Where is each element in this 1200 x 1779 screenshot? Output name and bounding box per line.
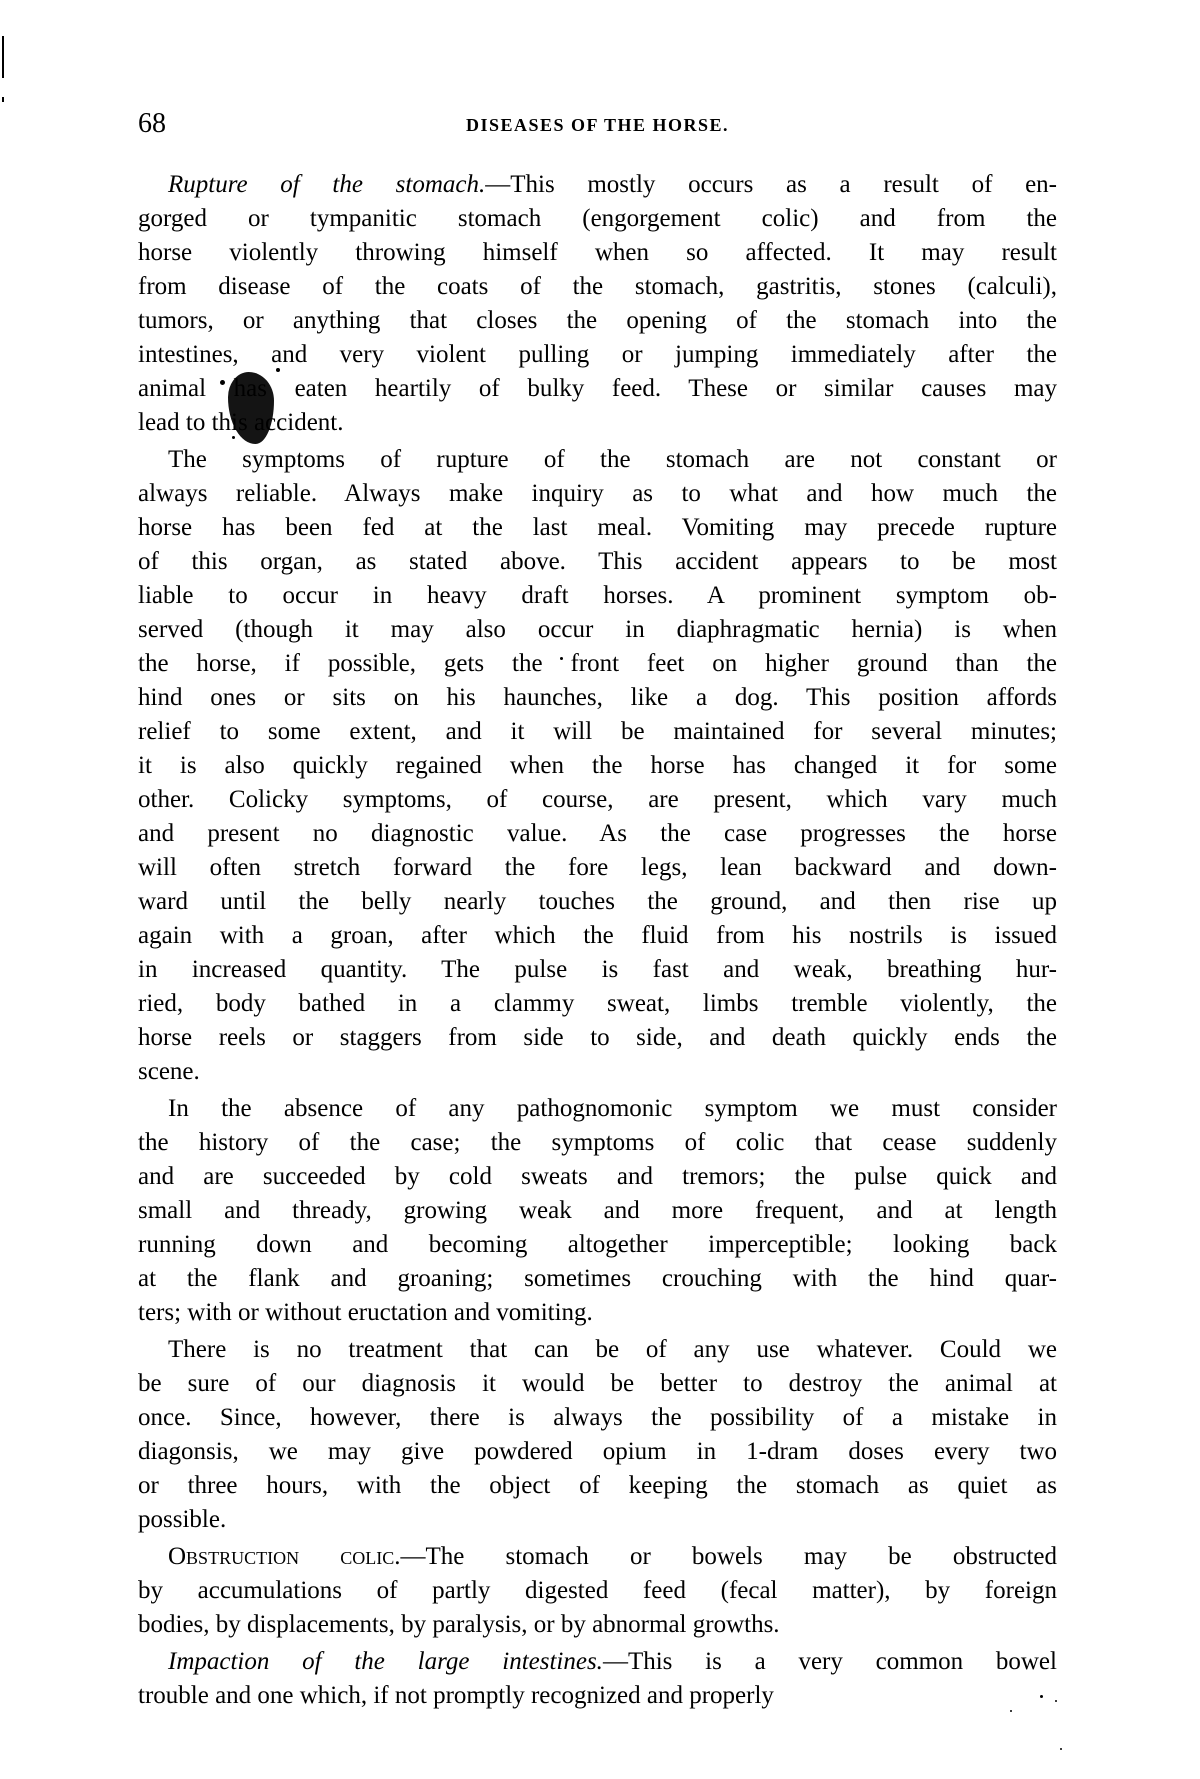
text-line: possible. — [138, 1503, 1057, 1537]
line-text: tumors, or anything that closes the open… — [138, 307, 1057, 334]
running-head: DISEASES OF THE HORSE. — [138, 113, 1057, 137]
text-line: the horse, if possible, gets the front f… — [138, 647, 1057, 681]
text-line: horse has been fed at the last meal. Vom… — [138, 511, 1057, 545]
text-line: be sure of our diagnosis it would be bet… — [138, 1367, 1057, 1401]
line-text: —The stomach or bowels may be obstructed — [400, 1543, 1057, 1570]
line-text: ward until the belly nearly touches the … — [138, 888, 1057, 915]
line-text: hind ones or sits on his haunches, like … — [138, 684, 1057, 711]
text-line: lead to this accident. — [138, 406, 1057, 440]
line-text: bodies, by displacements, by paralysis, … — [138, 1611, 780, 1638]
text-line: of this organ, as stated above. This acc… — [138, 545, 1057, 579]
text-line: small and thready, growing weak and more… — [138, 1194, 1057, 1228]
paragraph: Rupture of the stomach.—This mostly occu… — [138, 168, 1057, 440]
text-line: ward until the belly nearly touches the … — [138, 885, 1057, 919]
line-text: once. Since, however, there is always th… — [138, 1404, 1057, 1431]
line-text: or three hours, with the object of keepi… — [138, 1472, 1057, 1499]
scan-speck — [1040, 1695, 1043, 1698]
paragraph: Impaction of the large intestines.—This … — [138, 1645, 1057, 1713]
line-text: be sure of our diagnosis it would be bet… — [138, 1370, 1057, 1397]
text-line: will often stretch forward the fore legs… — [138, 851, 1057, 885]
text-line: ters; with or without eructation and vom… — [138, 1296, 1057, 1330]
page-body: Rupture of the stomach.—This mostly occu… — [138, 168, 1057, 1716]
scan-speck — [1055, 1700, 1057, 1702]
section-heading: Obstruction colic. — [168, 1543, 400, 1570]
scan-speck — [276, 368, 280, 372]
line-text: intestines, and very violent pulling or … — [138, 341, 1057, 368]
scan-speck — [560, 657, 563, 660]
line-text: always reliable. Always make inquiry as … — [138, 480, 1057, 507]
line-text: it is also quickly regained when the hor… — [138, 752, 1057, 779]
text-line: Obstruction colic.—The stomach or bowels… — [138, 1540, 1057, 1574]
text-line: In the absence of any pathognomonic symp… — [138, 1092, 1057, 1126]
line-text: In the absence of any pathognomonic symp… — [168, 1095, 1057, 1122]
line-text: and are succeeded by cold sweats and tre… — [138, 1163, 1057, 1190]
text-line: and present no diagnostic value. As the … — [138, 817, 1057, 851]
line-text: in increased quantity. The pulse is fast… — [138, 956, 1057, 983]
text-line: scene. — [138, 1055, 1057, 1089]
line-text: again with a groan, after which the flui… — [138, 922, 1057, 949]
line-text: trouble and one which, if not promptly r… — [138, 1682, 774, 1709]
text-line: tumors, or anything that closes the open… — [138, 304, 1057, 338]
text-line: horse violently throwing himself when so… — [138, 236, 1057, 270]
text-line: the history of the case; the symptoms of… — [138, 1126, 1057, 1160]
line-text: animal has eaten heartily of bulky feed.… — [138, 375, 1057, 402]
paragraph: The symptoms of rupture of the stomach a… — [138, 443, 1057, 1089]
line-text: at the flank and groaning; sometimes cro… — [138, 1265, 1057, 1292]
text-line: animal has eaten heartily of bulky feed.… — [138, 372, 1057, 406]
text-line: in increased quantity. The pulse is fast… — [138, 953, 1057, 987]
text-line: trouble and one which, if not promptly r… — [138, 1679, 1057, 1713]
scan-speck — [220, 380, 225, 385]
line-text: from disease of the coats of the stomach… — [138, 273, 1057, 300]
text-line: or three hours, with the object of keepi… — [138, 1469, 1057, 1503]
italic-heading: Impaction of the large intestines. — [168, 1648, 603, 1675]
line-text: small and thready, growing weak and more… — [138, 1197, 1057, 1224]
line-text: running down and becoming altogether imp… — [138, 1231, 1057, 1258]
line-text: —This is a very common bowel — [603, 1648, 1057, 1675]
text-line: liable to occur in heavy draft horses. A… — [138, 579, 1057, 613]
text-line: There is no treatment that can be of any… — [138, 1333, 1057, 1367]
paragraph: In the absence of any pathognomonic symp… — [138, 1092, 1057, 1330]
text-line: hind ones or sits on his haunches, like … — [138, 681, 1057, 715]
text-line: diagonsis, we may give powdered opium in… — [138, 1435, 1057, 1469]
text-line: Rupture of the stomach.—This mostly occu… — [138, 168, 1057, 202]
italic-heading: Rupture of the stomach. — [168, 171, 485, 198]
paragraph: There is no treatment that can be of any… — [138, 1333, 1057, 1537]
text-line: The symptoms of rupture of the stomach a… — [138, 443, 1057, 477]
line-text: There is no treatment that can be of any… — [168, 1336, 1057, 1363]
text-line: intestines, and very violent pulling or … — [138, 338, 1057, 372]
text-line: bodies, by displacements, by paralysis, … — [138, 1608, 1057, 1642]
scan-speck — [232, 436, 235, 439]
line-text: —This mostly occurs as a result of en- — [485, 171, 1057, 198]
line-text: the horse, if possible, gets the front f… — [138, 650, 1057, 677]
line-text: ters; with or without eructation and vom… — [138, 1299, 593, 1326]
line-text: horse has been fed at the last meal. Vom… — [138, 514, 1057, 541]
line-text: horse reels or staggers from side to sid… — [138, 1024, 1057, 1051]
text-line: running down and becoming altogether imp… — [138, 1228, 1057, 1262]
line-text: by accumulations of partly digested feed… — [138, 1577, 1057, 1604]
text-line: at the flank and groaning; sometimes cro… — [138, 1262, 1057, 1296]
text-line: horse reels or staggers from side to sid… — [138, 1021, 1057, 1055]
line-text: liable to occur in heavy draft horses. A… — [138, 582, 1057, 609]
text-line: gorged or tympanitic stomach (engorgemen… — [138, 202, 1057, 236]
line-text: gorged or tympanitic stomach (engorgemen… — [138, 205, 1057, 232]
text-line: once. Since, however, there is always th… — [138, 1401, 1057, 1435]
text-line: from disease of the coats of the stomach… — [138, 270, 1057, 304]
line-text: diagonsis, we may give powdered opium in… — [138, 1438, 1057, 1465]
line-text: The symptoms of rupture of the stomach a… — [168, 446, 1057, 473]
paragraph: Obstruction colic.—The stomach or bowels… — [138, 1540, 1057, 1642]
line-text: of this organ, as stated above. This acc… — [138, 548, 1057, 575]
scan-edge-mark — [2, 36, 4, 78]
line-text: and present no diagnostic value. As the … — [138, 820, 1057, 847]
text-line: again with a groan, after which the flui… — [138, 919, 1057, 953]
line-text: will often stretch forward the fore legs… — [138, 854, 1057, 881]
text-line: by accumulations of partly digested feed… — [138, 1574, 1057, 1608]
scan-speck — [1060, 1748, 1062, 1750]
line-text: possible. — [138, 1506, 226, 1533]
text-line: always reliable. Always make inquiry as … — [138, 477, 1057, 511]
scan-speck — [1010, 1710, 1012, 1712]
line-text: relief to some extent, and it will be ma… — [138, 718, 1057, 745]
line-text: horse violently throwing himself when so… — [138, 239, 1057, 266]
line-text: served (though it may also occur in diap… — [138, 616, 1057, 643]
text-line: served (though it may also occur in diap… — [138, 613, 1057, 647]
text-line: Impaction of the large intestines.—This … — [138, 1645, 1057, 1679]
line-text: other. Colicky symptoms, of course, are … — [138, 786, 1057, 813]
text-line: and are succeeded by cold sweats and tre… — [138, 1160, 1057, 1194]
line-text: ried, body bathed in a clammy sweat, lim… — [138, 990, 1057, 1017]
scan-edge-tick — [2, 97, 4, 102]
text-line: relief to some extent, and it will be ma… — [138, 715, 1057, 749]
text-line: it is also quickly regained when the hor… — [138, 749, 1057, 783]
line-text: scene. — [138, 1058, 200, 1085]
text-line: other. Colicky symptoms, of course, are … — [138, 783, 1057, 817]
line-text: the history of the case; the symptoms of… — [138, 1129, 1057, 1156]
text-line: ried, body bathed in a clammy sweat, lim… — [138, 987, 1057, 1021]
